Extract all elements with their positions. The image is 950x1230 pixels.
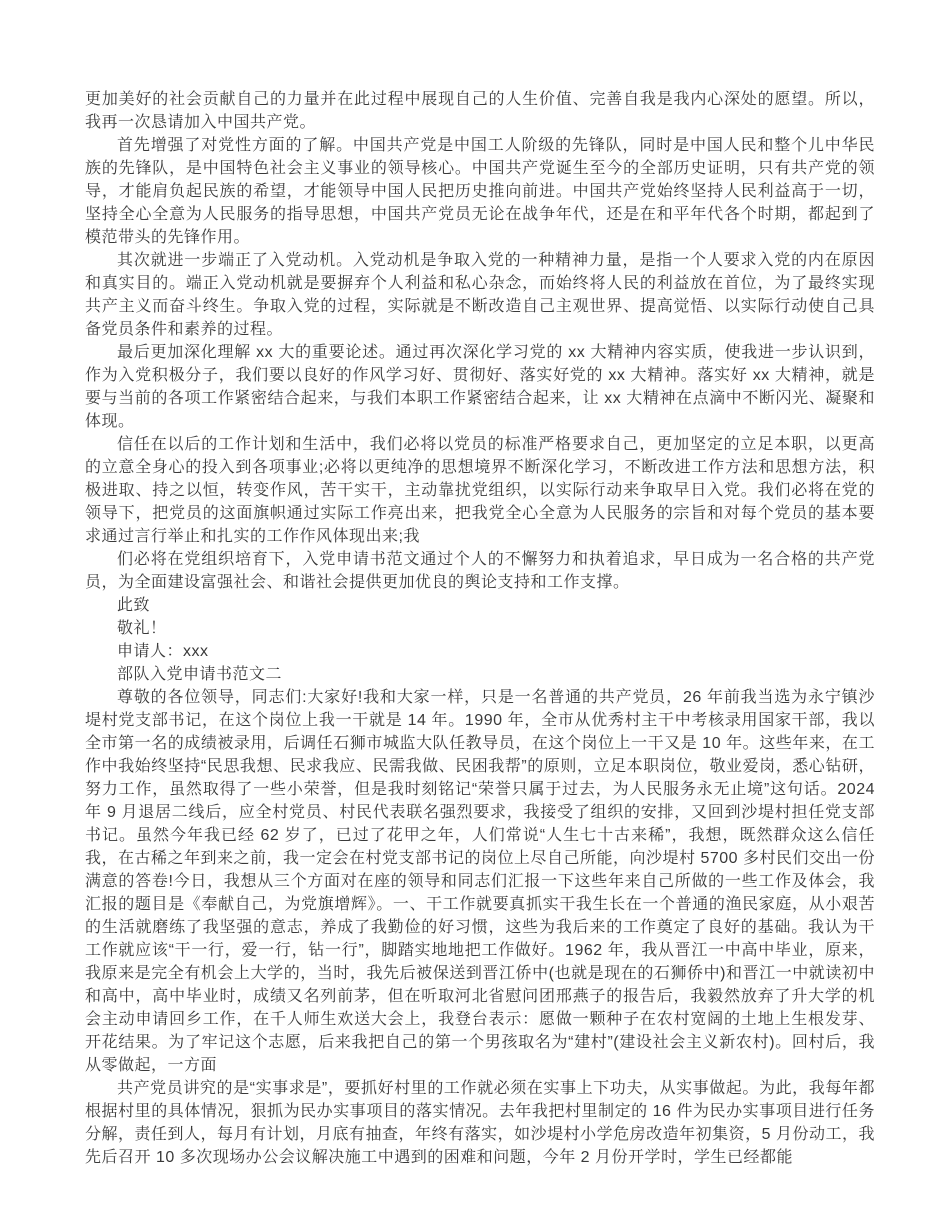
paragraph: 最后更加深化理解 xx 大的重要论述。通过再次深化学习党的 xx 大精神内容实质…	[85, 341, 875, 433]
paragraph: 首先增强了对党性方面的了解。中国共产党是中国工人阶级的先锋队，同时是中国人民和整…	[85, 134, 875, 249]
paragraph: 更加美好的社会贡献自己的力量并在此过程中展现自己的人生价值、完善自我是我内心深处…	[85, 88, 875, 134]
paragraph: 尊敬的各位领导，同志们:大家好!我和大家一样，只是一名普通的共产党员，26 年前…	[85, 686, 875, 1077]
paragraph: 其次就进一步端正了入党动机。入党动机是争取入党的一种精神力量，是指一个人要求入党…	[85, 249, 875, 341]
document-page: { "doc": { "title": "部队入党申请书范文", "paragr…	[0, 0, 950, 1230]
paragraph: 共产党员讲究的是“实事求是”，要抓好村里的工作就必须在实事上下功夫，从实事做起。…	[85, 1077, 875, 1169]
closing-cizhi: 此致	[85, 594, 875, 617]
applicant-signature: 申请人：xxx	[85, 640, 875, 663]
paragraph: 信任在以后的工作计划和生活中，我们必将以党员的标准严格要求自己，更加坚定的立足本…	[85, 433, 875, 548]
document-text-body: 更加美好的社会贡献自己的力量并在此过程中展现自己的人生价值、完善自我是我内心深处…	[85, 88, 875, 1169]
closing-salute: 敬礼！	[85, 617, 875, 640]
paragraph: 们必将在党组织培育下，入党申请书范文通过个人的不懈努力和执着追求，早日成为一名合…	[85, 548, 875, 594]
section-title-sample-two: 部队入党申请书范文二	[85, 663, 875, 686]
document-canvas: 更加美好的社会贡献自己的力量并在此过程中展现自己的人生价值、完善自我是我内心深处…	[0, 0, 950, 1230]
